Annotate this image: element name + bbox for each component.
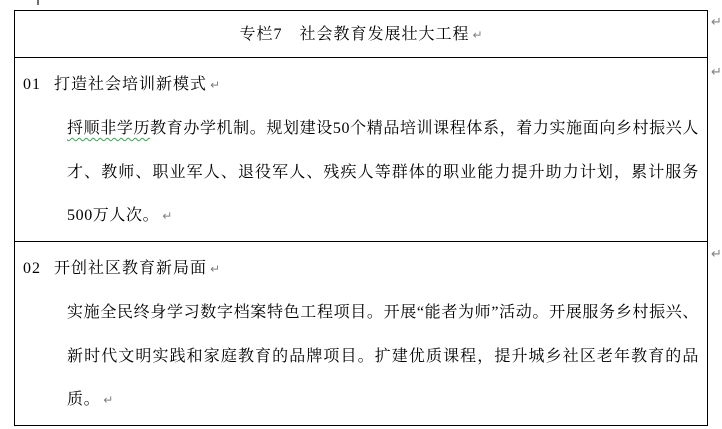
paragraph-mark-icon: ↵ [472,28,482,42]
row-end-mark-icon: ↵ [711,247,722,262]
paragraph-mark-icon: ↵ [162,209,172,223]
item-number: 02 [23,247,41,290]
item-heading: 打造社会培训新模式 [54,76,207,93]
paragraph-text: 实施全民终身学习数字档案特色工程项目。开展“能者为师”活动。开展服务乡村振兴、新… [67,304,699,408]
row-end-mark-icon: ↵ [711,65,722,80]
paragraph-mark-icon: ↵ [210,262,220,276]
paragraph-mark-icon: ↵ [210,78,220,92]
paragraph-mark-icon: ↵ [103,393,113,407]
row-end-mark-icon: ↵ [711,15,722,30]
item-paragraph: 捋顺非学历教育办学机制。规划建设50个精品培训课程体系，着力实施面向乡村振兴人才… [67,107,699,239]
clipped-paragraph-mark-tick [37,0,39,5]
document-page: 专栏7 社会教育发展壮大工程↵ 01打造社会培训新模式↵ 捋顺非学历教育办学机制… [0,0,722,429]
panel-title: 专栏7 社会教育发展壮大工程 [239,26,469,43]
table-row: 01打造社会培训新模式↵ 捋顺非学历教育办学机制。规划建设50个精品培训课程体系… [15,58,707,242]
item-heading-line: 02开创社区教育新局面↵ [23,247,699,291]
item-paragraph: 实施全民终身学习数字档案特色工程项目。开展“能者为师”活动。开展服务乡村振兴、新… [67,291,699,423]
item-heading: 开创社区教育新局面 [54,260,207,277]
panel-title-row: 专栏7 社会教育发展壮大工程↵ [15,11,707,58]
panel-table: 专栏7 社会教育发展壮大工程↵ 01打造社会培训新模式↵ 捋顺非学历教育办学机制… [14,10,708,426]
spellcheck-flagged-text: 捋顺非学历 [67,120,150,137]
item-number: 01 [23,63,41,106]
table-row: 02开创社区教育新局面↵ 实施全民终身学习数字档案特色工程项目。开展“能者为师”… [15,242,707,425]
item-heading-line: 01打造社会培训新模式↵ [23,63,699,107]
